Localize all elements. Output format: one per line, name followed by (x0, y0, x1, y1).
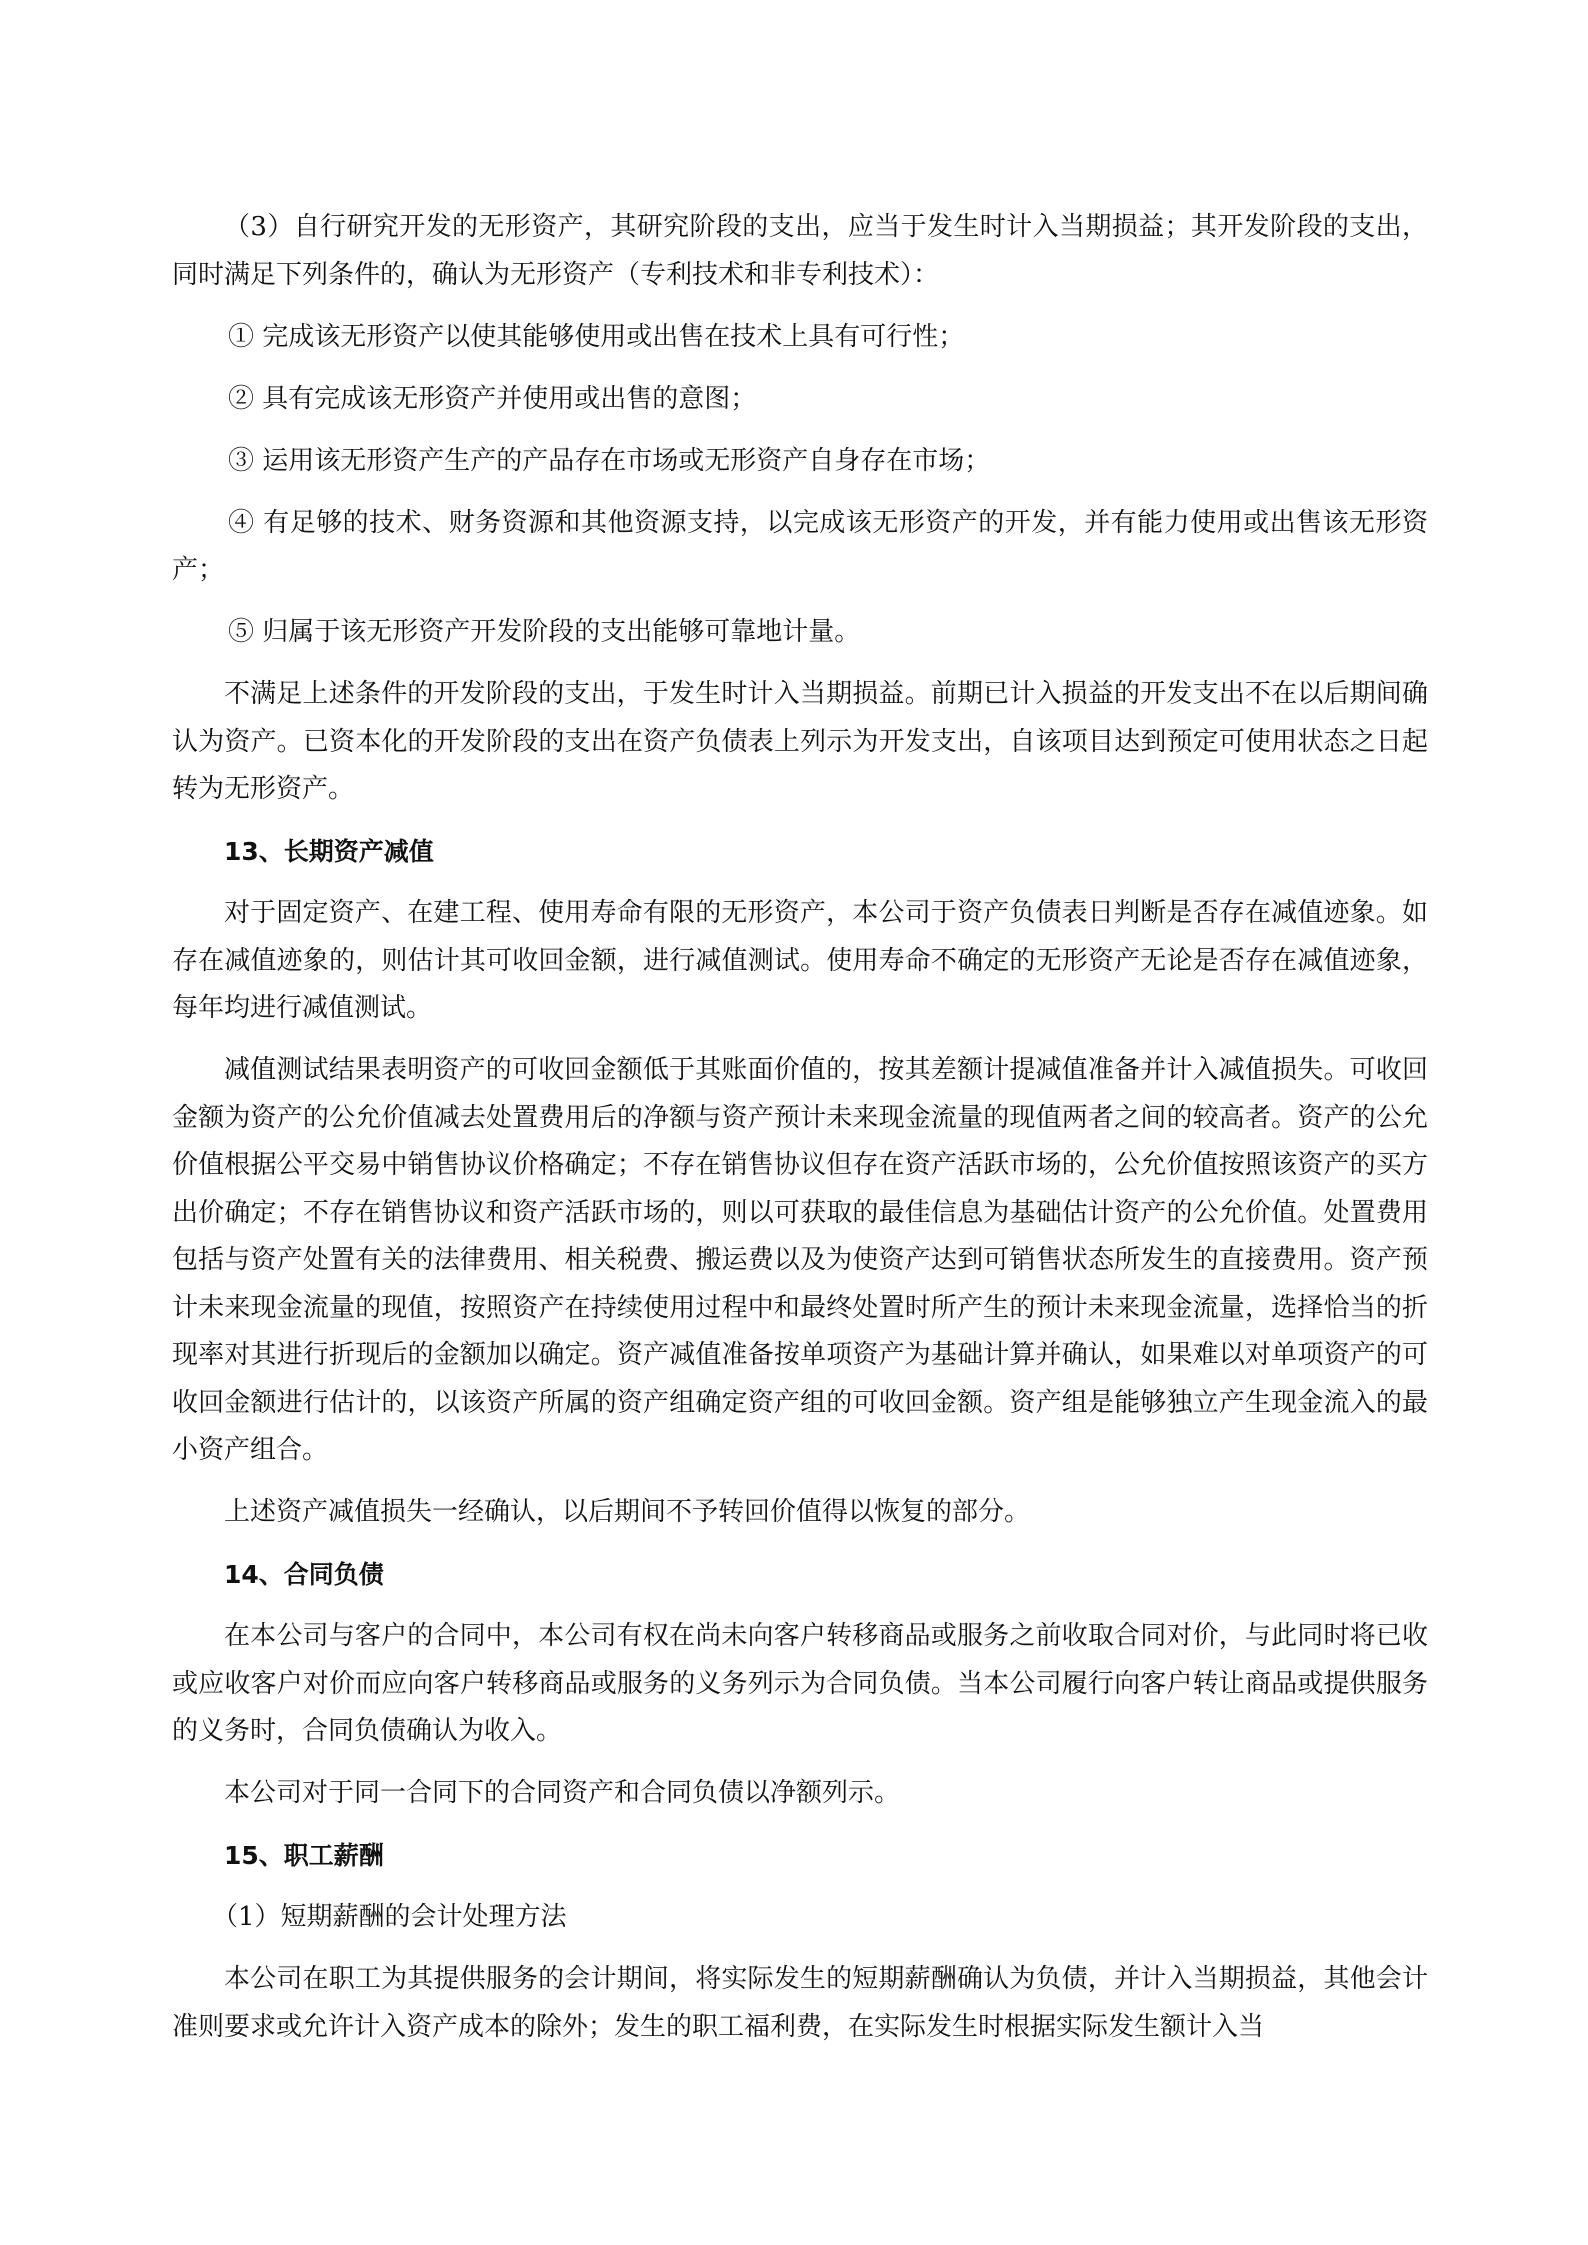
paragraph-net-presentation: 本公司对于同一合同下的合同资产和合同负债以净额列示。 (172, 1770, 1428, 1818)
paragraph-impairment-indicators: 对于固定资产、在建工程、使用寿命有限的无形资产，本公司于资产负债表日判断是否存在… (172, 890, 1428, 1033)
condition-item-1: ① 完成该无形资产以使其能够使用或出售在技术上具有可行性； (172, 314, 1428, 362)
document-page: （3）自行研究开发的无形资产，其研究阶段的支出，应当于发生时计入当期损益；其开发… (172, 204, 1428, 2066)
condition-item-2: ② 具有完成该无形资产并使用或出售的意图； (172, 376, 1428, 424)
paragraph-contract-liability: 在本公司与客户的合同中，本公司有权在尚未向客户转移商品或服务之前收取合同对价，与… (172, 1613, 1428, 1756)
paragraph-short-term-pay: 本公司在职工为其提供服务的会计期间，将实际发生的短期薪酬确认为负债，并计入当期损… (172, 1956, 1428, 2051)
section-heading-14: 14、合同负债 (172, 1551, 1428, 1599)
subheading-short-term-pay: （1）短期薪酬的会计处理方法 (172, 1894, 1428, 1942)
section-heading-13: 13、长期资产减值 (172, 828, 1428, 876)
condition-item-5: ⑤ 归属于该无形资产开发阶段的支出能够可靠地计量。 (172, 609, 1428, 657)
condition-item-3: ③ 运用该无形资产生产的产品存在市场或无形资产自身存在市场； (172, 438, 1428, 486)
paragraph-rd-intangible: （3）自行研究开发的无形资产，其研究阶段的支出，应当于发生时计入当期损益；其开发… (172, 204, 1428, 299)
condition-item-4: ④ 有足够的技术、财务资源和其他资源支持，以完成该无形资产的开发，并有能力使用或… (172, 500, 1428, 595)
paragraph-unmet-conditions: 不满足上述条件的开发阶段的支出，于发生时计入当期损益。前期已计入损益的开发支出不… (172, 671, 1428, 814)
paragraph-no-reversal: 上述资产减值损失一经确认，以后期间不予转回价值得以恢复的部分。 (172, 1489, 1428, 1537)
paragraph-impairment-test: 减值测试结果表明资产的可收回金额低于其账面价值的，按其差额计提减值准备并计入减值… (172, 1047, 1428, 1475)
section-heading-15: 15、职工薪酬 (172, 1832, 1428, 1880)
